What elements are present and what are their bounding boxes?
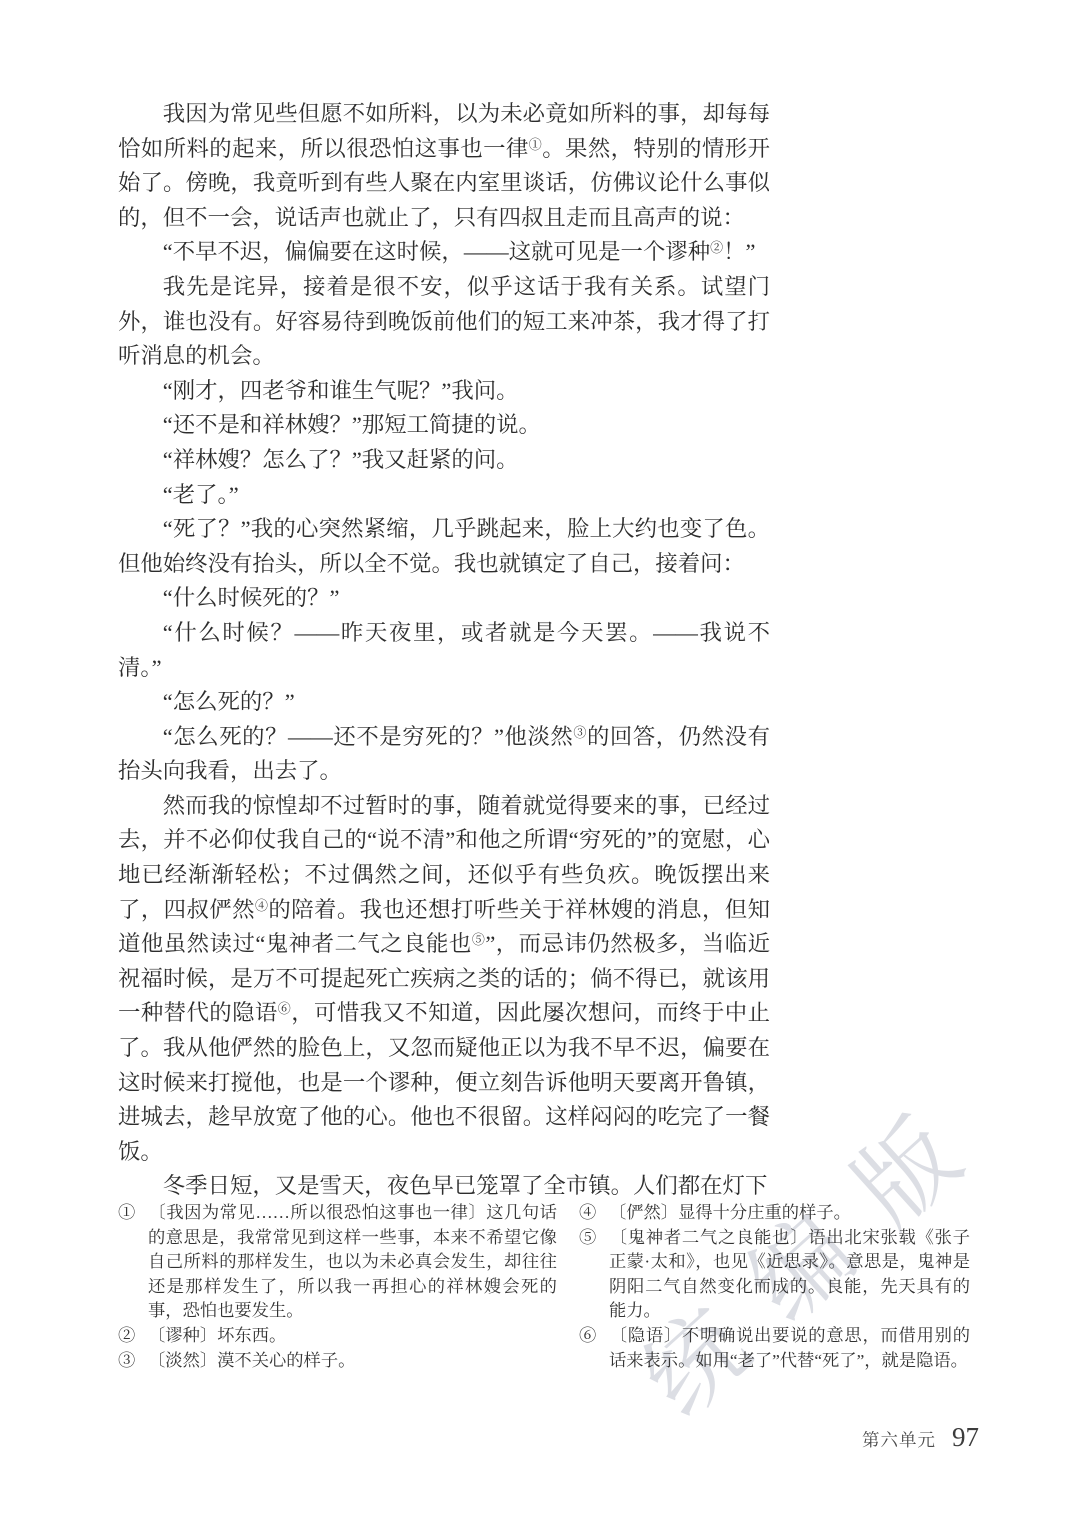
paragraph: 我先是诧异，接着是很不安，似乎这话于我有关系。试望门外，谁也没有。好容易待到晚饭…: [118, 270, 770, 374]
footnotes-right-column: ④〔俨然〕显得十分庄重的样子。⑤〔鬼神者二气之良能也〕语出北宋张载《张子正蒙·太…: [579, 1201, 970, 1373]
body-text: 我因为常见些但愿不如所料，以为未必竟如所料的事，却每每恰如所料的起来，所以很恐怕…: [118, 97, 770, 1204]
paragraph: “怎么死的？——还不是穷死的？”他淡然③的回答，仍然没有抬头向我看，出去了。: [118, 720, 770, 789]
page-number: 97: [952, 1422, 979, 1453]
footnote-ref: ②: [710, 240, 723, 255]
footnote-text: 〔俨然〕显得十分庄重的样子。: [609, 1203, 851, 1222]
textbook-page: 统编版 我因为常见些但愿不如所料，以为未必竟如所料的事，却每每恰如所料的起来，所…: [0, 0, 1080, 1527]
footnote-ref: ④: [255, 898, 268, 913]
footnote-ref: ③: [573, 725, 587, 740]
footnotes: ①〔我因为常见……所以很恐怕这事也一律〕这几句话的意思是，我常常见到这样一些事，…: [118, 1201, 970, 1373]
footnote-marker: ①: [118, 1201, 148, 1226]
footnote-item: ⑥〔隐语〕不明确说出要说的意思，而借用别的话来表示。如用“老了”代替“死了”，就…: [579, 1324, 970, 1373]
footnote-item: ④〔俨然〕显得十分庄重的样子。: [579, 1201, 970, 1226]
footnote-marker: ⑤: [579, 1226, 609, 1251]
footnotes-left-column: ①〔我因为常见……所以很恐怕这事也一律〕这几句话的意思是，我常常见到这样一些事，…: [118, 1201, 557, 1373]
paragraph: “老了。”: [118, 478, 770, 513]
page-footer: 第六单元 97: [862, 1422, 979, 1453]
paragraph: “祥林嫂？怎么了？”我又赶紧的问。: [118, 443, 770, 478]
footnote-item: ①〔我因为常见……所以很恐怕这事也一律〕这几句话的意思是，我常常见到这样一些事，…: [118, 1201, 557, 1324]
footnote-marker: ⑥: [579, 1324, 609, 1349]
footnote-text: 〔鬼神者二气之良能也〕语出北宋张载《张子正蒙·太和》，也见《近思录》。意思是，鬼…: [609, 1228, 970, 1321]
footnote-ref: ⑥: [278, 1001, 291, 1016]
paragraph: 我因为常见些但愿不如所料，以为未必竟如所料的事，却每每恰如所料的起来，所以很恐怕…: [118, 97, 770, 235]
paragraph: 冬季日短，又是雪天，夜色早已笼罩了全市镇。人们都在灯下: [118, 1169, 770, 1204]
footnote-text: 〔我因为常见……所以很恐怕这事也一律〕这几句话的意思是，我常常见到这样一些事，本…: [148, 1203, 557, 1320]
footnote-item: ⑤〔鬼神者二气之良能也〕语出北宋张载《张子正蒙·太和》，也见《近思录》。意思是，…: [579, 1226, 970, 1324]
paragraph: “什么时候死的？”: [118, 581, 770, 616]
footnote-item: ③〔淡然〕漠不关心的样子。: [118, 1349, 557, 1374]
footnote-marker: ③: [118, 1349, 148, 1374]
footnote-text: 〔隐语〕不明确说出要说的意思，而借用别的话来表示。如用“老了”代替“死了”，就是…: [609, 1326, 970, 1370]
paragraph: “还不是和祥林嫂？”那短工简捷的说。: [118, 408, 770, 443]
footnote-text: 〔淡然〕漠不关心的样子。: [148, 1351, 355, 1370]
paragraph: “不早不迟，偏偏要在这时候，——这就可见是一个谬种②！”: [118, 235, 770, 270]
footnote-marker: ④: [579, 1201, 609, 1226]
paragraph: “死了？”我的心突然紧缩，几乎跳起来，脸上大约也变了色。但他始终没有抬头，所以全…: [118, 512, 770, 581]
paragraph: 然而我的惊惶却不过暂时的事，随着就觉得要来的事，已经过去，并不必仰仗我自己的“说…: [118, 789, 770, 1170]
footnote-text: 〔谬种〕坏东西。: [148, 1326, 286, 1345]
paragraph: “怎么死的？”: [118, 685, 770, 720]
unit-label: 第六单元: [862, 1427, 936, 1452]
footnote-marker: ②: [118, 1324, 148, 1349]
footnote-ref: ①: [529, 137, 542, 152]
footnote-item: ②〔谬种〕坏东西。: [118, 1324, 557, 1349]
footnote-ref: ⑤: [472, 932, 486, 947]
paragraph: “什么时候？——昨天夜里，或者就是今天罢。——我说不清。”: [118, 616, 770, 685]
paragraph: “刚才，四老爷和谁生气呢？”我问。: [118, 374, 770, 409]
